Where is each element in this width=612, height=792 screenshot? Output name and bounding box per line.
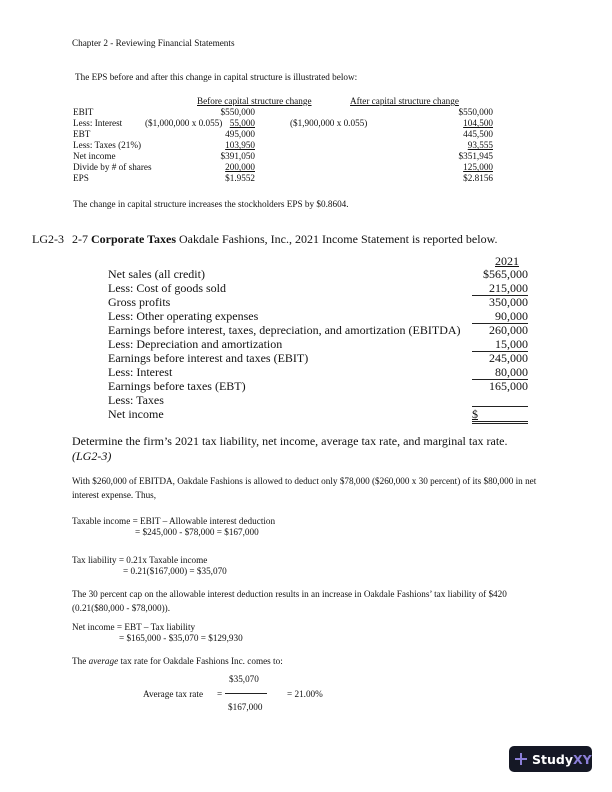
- value-before: 200,000: [195, 162, 255, 173]
- studyxy-badge[interactable]: StudyXY: [509, 746, 592, 772]
- income-statement-row: Less: Interest80,000: [108, 365, 528, 379]
- value-after: 104,500: [433, 118, 493, 129]
- plus-icon: [515, 753, 527, 765]
- badge-text-accent: XY: [573, 752, 592, 767]
- problem-title-bold: Corporate Taxes: [91, 232, 176, 246]
- column-header-after: After capital structure change: [350, 96, 459, 107]
- column-header-before: Before capital structure change: [197, 96, 312, 107]
- income-statement-row: Net sales (all credit)$565,000: [108, 267, 528, 281]
- line-item-value: 80,000: [472, 365, 528, 380]
- average-tax-intro: The average tax rate for Oakdale Fashion…: [72, 656, 283, 667]
- line-item-label: Less: Depreciation and amortization: [108, 337, 282, 351]
- row-label: EPS: [73, 173, 89, 184]
- row-label: Less: Taxes (21%): [73, 140, 141, 151]
- value-before: 103,950: [195, 140, 255, 151]
- row-label: Less: Interest: [73, 118, 122, 129]
- income-statement-row: Less: Taxes: [108, 393, 528, 407]
- question-ref: (LG2-3): [72, 449, 542, 464]
- value-before: $1.9552: [195, 173, 255, 184]
- question-body: Determine the firm’s 2021 tax liability,…: [72, 434, 508, 448]
- line-item-label: Net sales (all credit): [108, 267, 205, 281]
- value-after: $2.8156: [433, 173, 493, 184]
- line-item-label: Less: Interest: [108, 365, 172, 379]
- solution-paragraph-1: With $260,000 of EBITDA, Oakdale Fashion…: [72, 474, 542, 502]
- line-item-value: 165,000: [472, 379, 528, 393]
- eps-table-row: Less: Taxes (21%)103,95093,555: [73, 140, 493, 151]
- net-income-calc: = $165,000 - $35,070 = $129,930: [119, 633, 243, 644]
- calc-after: ($1,900,000 x 0.055): [290, 118, 367, 129]
- line-item-value: 260,000: [472, 323, 528, 337]
- line-item-value: [472, 393, 528, 407]
- net-income-formula: Net income = EBT – Tax liability: [72, 622, 195, 633]
- line-item-label: Less: Cost of goods sold: [108, 281, 226, 295]
- average-tax-label: Average tax rate: [143, 689, 203, 700]
- income-statement-row: Net income$: [108, 407, 528, 421]
- value-after: 445,500: [433, 129, 493, 140]
- eps-intro-text: The EPS before and after this change in …: [75, 72, 357, 83]
- eps-table-row: Net income$391,050$351,945: [73, 151, 493, 162]
- income-statement-row: Less: Cost of goods sold215,000: [108, 281, 528, 295]
- line-item-value: $: [472, 407, 528, 424]
- problem-title: 2-7 Corporate Taxes Oakdale Fashions, In…: [72, 232, 497, 246]
- line-item-label: Earnings before taxes (EBT): [108, 379, 246, 393]
- eps-table-row: Divide by # of shares200,000125,000: [73, 162, 493, 173]
- income-statement-row: Earnings before interest and taxes (EBIT…: [108, 351, 528, 365]
- avg-intro-emphasis: average: [89, 656, 119, 666]
- solution-paragraph-2: The 30 percent cap on the allowable inte…: [72, 587, 542, 615]
- line-item-label: Earnings before interest, taxes, depreci…: [108, 323, 461, 337]
- value-before: $550,000: [195, 107, 255, 118]
- fraction-bar: [225, 693, 267, 694]
- value-before: $391,050: [195, 151, 255, 162]
- taxable-income-calc: = $245,000 - $78,000 = $167,000: [135, 527, 259, 538]
- income-statement-row: Less: Depreciation and amortization15,00…: [108, 337, 528, 351]
- tax-liability-calc: = 0.21($167,000) = $35,070: [123, 566, 227, 577]
- avg-intro-pre: The: [72, 656, 89, 666]
- line-item-value: 350,000: [472, 295, 528, 309]
- eps-table-row: EBIT$550,000$550,000: [73, 107, 493, 118]
- line-item-value: 245,000: [472, 351, 528, 365]
- value-after: 125,000: [433, 162, 493, 173]
- line-item-value: 215,000: [472, 281, 528, 296]
- tax-liability-formula: Tax liability = 0.21x Taxable income: [72, 555, 207, 566]
- line-item-label: Less: Taxes: [108, 393, 164, 407]
- value-after: 93,555: [433, 140, 493, 151]
- row-label: EBIT: [73, 107, 93, 118]
- income-statement-row: Gross profits350,000: [108, 295, 528, 309]
- eps-table-row: Less: Interest($1,000,000 x 0.055)55,000…: [73, 118, 493, 129]
- eps-table-header: Before capital structure change After ca…: [73, 96, 493, 107]
- line-item-label: Earnings before interest and taxes (EBIT…: [108, 351, 308, 365]
- value-after: $351,945: [433, 151, 493, 162]
- row-label: Net income: [73, 151, 116, 162]
- line-item-label: Gross profits: [108, 295, 170, 309]
- learning-goal-tag: LG2-3: [32, 232, 64, 246]
- value-before: 55,000: [195, 118, 255, 129]
- average-tax-result: = 21.00%: [287, 689, 323, 700]
- question-text: Determine the firm’s 2021 tax liability,…: [72, 434, 542, 464]
- eps-table-row: EBT495,000445,500: [73, 129, 493, 140]
- line-item-label: Less: Other operating expenses: [108, 309, 258, 323]
- eps-conclusion: The change in capital structure increase…: [73, 199, 349, 210]
- line-item-value: 90,000: [472, 309, 528, 324]
- row-label: Divide by # of shares: [73, 162, 152, 173]
- problem-number: 2-7: [72, 232, 88, 246]
- fraction-numerator: $35,070: [229, 674, 259, 685]
- line-item-value: $565,000: [472, 267, 528, 281]
- equals-sign: =: [217, 689, 222, 700]
- line-item-value: 15,000: [472, 337, 528, 352]
- problem-title-rest: Oakdale Fashions, Inc., 2021 Income Stat…: [179, 232, 497, 246]
- income-statement-row: Earnings before interest, taxes, depreci…: [108, 323, 528, 337]
- fraction-denominator: $167,000: [228, 702, 262, 713]
- income-statement-row: Less: Other operating expenses90,000: [108, 309, 528, 323]
- row-label: EBT: [73, 129, 90, 140]
- avg-intro-post: tax rate for Oakdale Fashions Inc. comes…: [118, 656, 283, 666]
- value-after: $550,000: [433, 107, 493, 118]
- income-statement-row: Earnings before taxes (EBT)165,000: [108, 379, 528, 393]
- value-before: 495,000: [195, 129, 255, 140]
- taxable-income-formula: Taxable income = EBIT – Allowable intere…: [72, 516, 275, 527]
- badge-text: Study: [532, 752, 573, 767]
- line-item-label: Net income: [108, 407, 164, 421]
- eps-table-row: EPS$1.9552$2.8156: [73, 173, 493, 184]
- chapter-header: Chapter 2 - Reviewing Financial Statemen…: [72, 38, 235, 48]
